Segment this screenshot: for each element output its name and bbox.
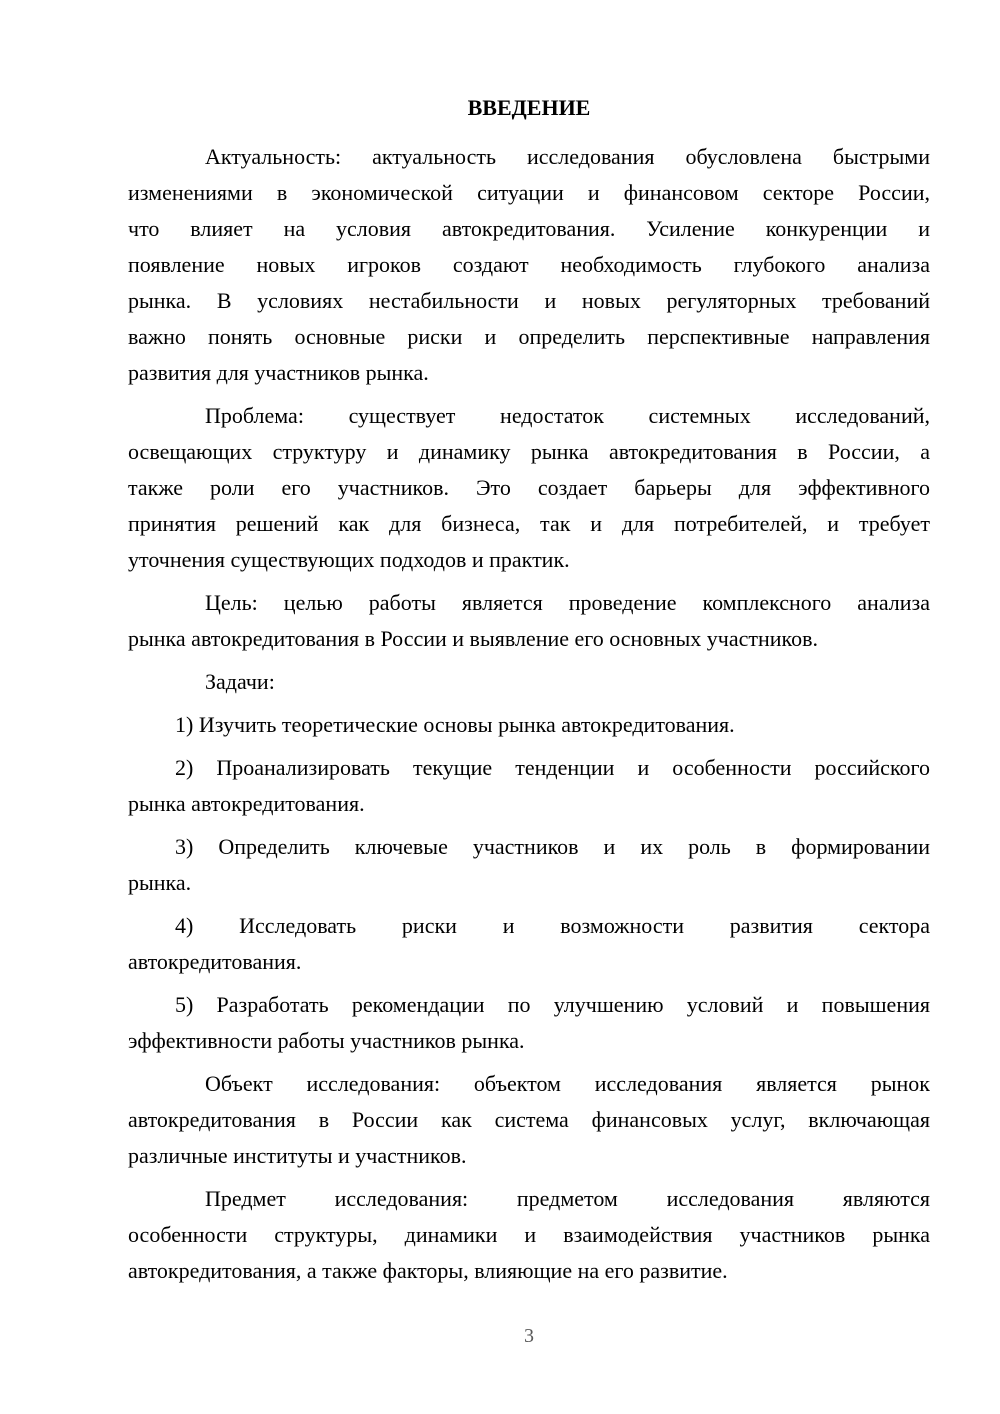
list-item: 4) Исследовать риски и возможности разви… xyxy=(128,908,930,980)
text-line: также роли его участников. Это создает б… xyxy=(128,470,930,506)
text-line: автокредитования в России как система фи… xyxy=(128,1102,930,1138)
text-line: рынка. В условиях нестабильности и новых… xyxy=(128,283,930,319)
list-item: 5) Разработать рекомендации по улучшению… xyxy=(128,987,930,1059)
text-line: 2) Проанализировать текущие тенденции и … xyxy=(128,750,930,786)
text-line: освещающих структуру и динамику рынка ав… xyxy=(128,434,930,470)
list-item: 1) Изучить теоретические основы рынка ав… xyxy=(128,707,930,743)
text-line: изменениями в экономической ситуации и ф… xyxy=(128,175,930,211)
text-line: особенности структуры, динамики и взаимо… xyxy=(128,1217,930,1253)
text-line: 3) Определить ключевые участников и их р… xyxy=(128,829,930,865)
page-number: 3 xyxy=(128,1318,930,1354)
text-line: уточнения существующих подходов и практи… xyxy=(128,542,930,578)
text-line: автокредитования. xyxy=(128,944,930,980)
list-item: 2) Проанализировать текущие тенденции и … xyxy=(128,750,930,822)
text-line: Цель: целью работы является проведение к… xyxy=(128,585,930,621)
text-line: Задачи: xyxy=(128,664,930,700)
text-line: Объект исследования: объектом исследован… xyxy=(128,1066,930,1102)
paragraph: Цель: целью работы является проведение к… xyxy=(128,585,930,657)
paragraphs-container: Актуальность: актуальность исследования … xyxy=(128,139,930,1289)
text-line: Предмет исследования: предметом исследов… xyxy=(128,1181,930,1217)
text-line: рынка. xyxy=(128,865,930,901)
text-line: важно понять основные риски и определить… xyxy=(128,319,930,355)
text-line: развития для участников рынка. xyxy=(128,355,930,391)
page-title: ВВЕДЕНИЕ xyxy=(128,90,930,126)
paragraph: Предмет исследования: предметом исследов… xyxy=(128,1181,930,1289)
text-line: принятия решений как для бизнеса, так и … xyxy=(128,506,930,542)
text-line: 4) Исследовать риски и возможности разви… xyxy=(128,908,930,944)
list-item: 3) Определить ключевые участников и их р… xyxy=(128,829,930,901)
document-body: ВВЕДЕНИЕ Актуальность: актуальность иссл… xyxy=(128,90,930,1296)
text-line: появление новых игроков создают необходи… xyxy=(128,247,930,283)
paragraph: Задачи: xyxy=(128,664,930,700)
text-line: эффективности работы участников рынка. xyxy=(128,1023,930,1059)
text-line: различные институты и участников. xyxy=(128,1138,930,1174)
text-line: Актуальность: актуальность исследования … xyxy=(128,139,930,175)
paragraph: Актуальность: актуальность исследования … xyxy=(128,139,930,391)
text-line: автокредитования, а также факторы, влияю… xyxy=(128,1253,930,1289)
document-page: ВВЕДЕНИЕ Актуальность: актуальность иссл… xyxy=(0,0,1000,1414)
text-line: Проблема: существует недостаток системны… xyxy=(128,398,930,434)
text-line: что влияет на условия автокредитования. … xyxy=(128,211,930,247)
paragraph: Проблема: существует недостаток системны… xyxy=(128,398,930,578)
text-line: рынка автокредитования в России и выявле… xyxy=(128,621,930,657)
text-line: 1) Изучить теоретические основы рынка ав… xyxy=(128,707,930,743)
text-line: 5) Разработать рекомендации по улучшению… xyxy=(128,987,930,1023)
paragraph: Объект исследования: объектом исследован… xyxy=(128,1066,930,1174)
text-line: рынка автокредитования. xyxy=(128,786,930,822)
